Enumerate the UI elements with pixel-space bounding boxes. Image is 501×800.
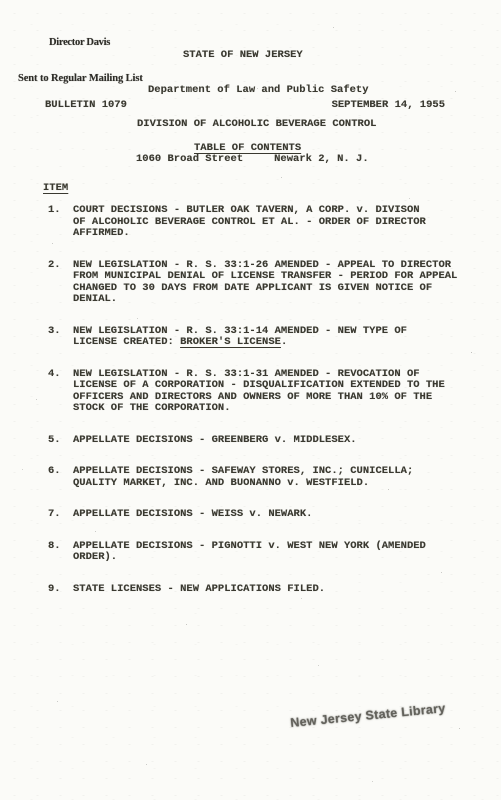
mailing-stamp-director-line: Director Davis — [49, 37, 143, 49]
toc-item-text: APPELLATE DECISIONS - WEISS v. NEWARK. — [73, 509, 468, 521]
toc-item-number: 8. — [48, 541, 73, 564]
toc-item-number: 5. — [48, 435, 73, 447]
toc-item-number: 4. — [48, 369, 73, 415]
toc-item-9: 9. STATE LICENSES - NEW APPLICATIONS FIL… — [48, 584, 468, 596]
toc-item-text: APPELLATE DECISIONS - SAFEWAY STORES, IN… — [73, 466, 468, 489]
scan-noise-speckles — [0, 0, 1, 1]
toc-item-1: 1. COURT DECISIONS - BUTLER OAK TAVERN, … — [48, 205, 468, 240]
toc-item-text: APPELLATE DECISIONS - PIGNOTTI v. WEST N… — [73, 541, 468, 564]
bulletin-page: Director Davis Sent to Regular Mailing L… — [0, 0, 501, 800]
toc-item-number: 6. — [48, 466, 73, 489]
toc-column-header: ITEM — [43, 183, 68, 195]
toc-item-3: 3. NEW LEGISLATION - R. S. 33:1-14 AMEND… — [48, 326, 468, 349]
toc-item-text-underlined: BROKER'S LICENSE — [180, 336, 281, 348]
letterhead-state: STATE OF NEW JERSEY — [183, 50, 376, 62]
toc-item-number: 9. — [48, 584, 73, 596]
toc-item-8: 8. APPELLATE DECISIONS - PIGNOTTI v. WES… — [48, 541, 468, 564]
bulletin-row: BULLETIN 1079 SEPTEMBER 14, 1955 — [45, 100, 445, 112]
mailing-stamp: Director Davis Sent to Regular Mailing L… — [18, 13, 143, 109]
toc-item-text: NEW LEGISLATION - R. S. 33:1-14 AMENDED … — [73, 326, 468, 349]
toc-item-text: NEW LEGISLATION - R. S. 33:1-26 AMENDED … — [73, 260, 468, 306]
toc-item-6: 6. APPELLATE DECISIONS - SAFEWAY STORES,… — [48, 466, 468, 489]
letterhead-address: 1060 Broad StreetNewark 2, N. J. — [136, 154, 376, 166]
toc-title: TABLE OF CONTENTS — [194, 143, 301, 155]
library-stamp: New Jersey State Library — [290, 701, 447, 730]
toc-item-number: 3. — [48, 326, 73, 349]
toc-item-7: 7. APPELLATE DECISIONS - WEISS v. NEWARK… — [48, 509, 468, 521]
toc-item-number: 1. — [48, 205, 73, 240]
toc-item-text: APPELLATE DECISIONS - GREENBERG v. MIDDL… — [73, 435, 468, 447]
toc-item-4: 4. NEW LEGISLATION - R. S. 33:1-31 AMEND… — [48, 369, 468, 415]
toc-list: 1. COURT DECISIONS - BUTLER OAK TAVERN, … — [48, 205, 468, 615]
toc-item-text: COURT DECISIONS - BUTLER OAK TAVERN, A C… — [73, 205, 468, 240]
toc-item-2: 2. NEW LEGISLATION - R. S. 33:1-26 AMEND… — [48, 260, 468, 306]
toc-item-text: NEW LEGISLATION - R. S. 33:1-31 AMENDED … — [73, 369, 468, 415]
toc-item-number: 2. — [48, 260, 73, 306]
bulletin-date: SEPTEMBER 14, 1955 — [332, 100, 445, 112]
toc-item-text: STATE LICENSES - NEW APPLICATIONS FILED. — [73, 584, 468, 596]
toc-item-text-suffix: . — [281, 336, 287, 348]
letterhead-division: DIVISION OF ALCOHOLIC BEVERAGE CONTROL — [137, 119, 376, 131]
toc-item-number: 7. — [48, 509, 73, 521]
mailing-stamp-list-line: Sent to Regular Mailing List — [18, 73, 143, 85]
toc-item-5: 5. APPELLATE DECISIONS - GREENBERG v. MI… — [48, 435, 468, 447]
letterhead-department: Department of Law and Public Safety — [148, 85, 376, 97]
bulletin-number: BULLETIN 1079 — [45, 100, 127, 112]
